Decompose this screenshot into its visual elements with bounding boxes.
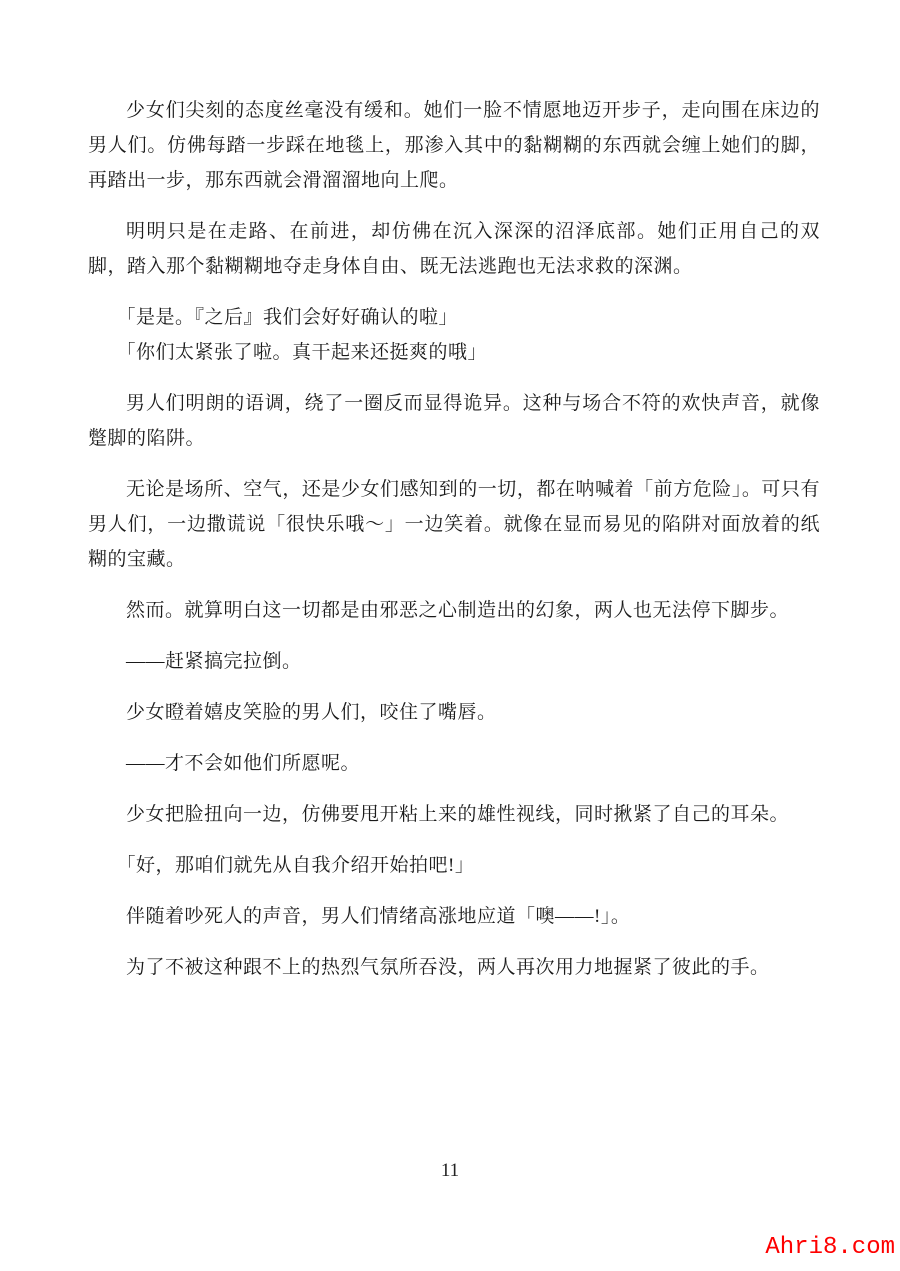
dialogue-line: 「好，那咱们就先从自我介绍开始拍吧!」 xyxy=(88,848,820,883)
watermark-text: Ahri8.com xyxy=(765,1234,895,1261)
dialogue-line: 「是是。『之后』我们会好好确认的啦」 xyxy=(88,300,820,335)
novel-page: 少女们尖刻的态度丝毫没有缓和。她们一脸不情愿地迈开步子，走向围在床边的男人们。仿… xyxy=(0,0,900,1271)
paragraph: 少女们尖刻的态度丝毫没有缓和。她们一脸不情愿地迈开步子，走向围在床边的男人们。仿… xyxy=(88,93,820,198)
paragraph: 明明只是在走路、在前进，却仿佛在沉入深深的沼泽底部。她们正用自己的双脚，踏入那个… xyxy=(88,214,820,284)
body-text: 少女们尖刻的态度丝毫没有缓和。她们一脸不情愿地迈开步子，走向围在床边的男人们。仿… xyxy=(88,93,820,985)
paragraph: 为了不被这种跟不上的热烈气氛所吞没，两人再次用力地握紧了彼此的手。 xyxy=(88,950,820,985)
paragraph: 男人们明朗的语调，绕了一圈反而显得诡异。这种与场合不符的欢快声音，就像蹩脚的陷阱… xyxy=(88,386,820,456)
thought-line: ——才不会如他们所愿呢。 xyxy=(88,746,820,781)
paragraph: 少女瞪着嬉皮笑脸的男人们，咬住了嘴唇。 xyxy=(88,695,820,730)
thought-line: ——赶紧搞完拉倒。 xyxy=(88,644,820,679)
page-number: 11 xyxy=(0,1160,900,1182)
paragraph: 无论是场所、空气，还是少女们感知到的一切，都在呐喊着「前方危险」。可只有男人们，… xyxy=(88,472,820,577)
paragraph: 然而。就算明白这一切都是由邪恶之心制造出的幻象，两人也无法停下脚步。 xyxy=(88,593,820,628)
dialogue-line: 「你们太紧张了啦。真干起来还挺爽的哦」 xyxy=(88,335,820,370)
paragraph: 少女把脸扭向一边，仿佛要甩开粘上来的雄性视线，同时揪紧了自己的耳朵。 xyxy=(88,797,820,832)
paragraph: 伴随着吵死人的声音，男人们情绪高涨地应道「噢——!」。 xyxy=(88,899,820,934)
